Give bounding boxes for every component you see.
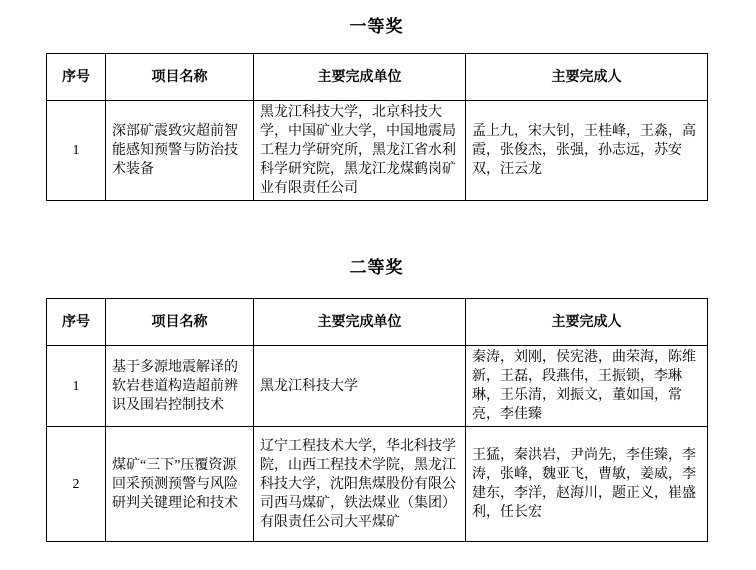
section-title-first-prize: 一等奖 (46, 12, 707, 37)
award-section-first-prize: 一等奖 序号 项目名称 主要完成单位 主要完成人 1 深部矿震致灾超前智能感知预… (46, 12, 707, 201)
cell-project: 煤矿“三下”压覆资源回采预测预警与风险研判关键理论和技术 (106, 427, 254, 542)
cell-index: 1 (47, 346, 106, 427)
column-header-index: 序号 (47, 54, 106, 101)
table-header-row: 序号 项目名称 主要完成单位 主要完成人 (47, 54, 708, 101)
cell-project: 深部矿震致灾超前智能感知预警与防治技术装备 (106, 101, 254, 201)
column-header-people: 主要完成人 (466, 54, 708, 101)
first-prize-table: 序号 项目名称 主要完成单位 主要完成人 1 深部矿震致灾超前智能感知预警与防治… (46, 53, 708, 201)
cell-units: 黑龙江科技大学 (254, 346, 466, 427)
cell-people: 秦涛，刘刚，侯宪港，曲荣海，陈维新，王磊，段燕伟，王振锁，李琳琳，王乐清，刘振文… (466, 346, 708, 427)
table-row: 1 深部矿震致灾超前智能感知预警与防治技术装备 黑龙江科技大学，北京科技大学，中… (47, 101, 708, 201)
table-row: 1 基于多源地震解译的软岩巷道构造超前辨识及围岩控制技术 黑龙江科技大学 秦涛，… (47, 346, 708, 427)
cell-index: 1 (47, 101, 106, 201)
column-header-units: 主要完成单位 (254, 299, 466, 346)
page: { "sections": [ { "title": "一等奖", "colum… (0, 0, 756, 570)
cell-people: 王猛，秦洪岩，尹尚先，李佳臻，李涛，张峰，魏亚飞，曹敏，姜威，李建东，李洋，赵海… (466, 427, 708, 542)
column-header-units: 主要完成单位 (254, 54, 466, 101)
cell-units: 黑龙江科技大学，北京科技大学，中国矿业大学，中国地震局工程力学研究所，黑龙江省水… (254, 101, 466, 201)
cell-units: 辽宁工程技术大学，华北科技学院，山西工程技术学院，黑龙江科技大学，沈阳焦煤股份有… (254, 427, 466, 542)
section-title-second-prize: 二等奖 (46, 253, 707, 278)
award-section-second-prize: 二等奖 序号 项目名称 主要完成单位 主要完成人 1 基于多源地震解译的软岩巷道… (46, 253, 707, 542)
column-header-project: 项目名称 (106, 54, 254, 101)
table-header-row: 序号 项目名称 主要完成单位 主要完成人 (47, 299, 708, 346)
cell-project: 基于多源地震解译的软岩巷道构造超前辨识及围岩控制技术 (106, 346, 254, 427)
column-header-project: 项目名称 (106, 299, 254, 346)
cell-index: 2 (47, 427, 106, 542)
document-page: 一等奖 序号 项目名称 主要完成单位 主要完成人 1 深部矿震致灾超前智能感知预… (0, 0, 756, 542)
cell-people: 孟上九，宋大钊，王桂峰，王淼，高霞，张俊杰，张强，孙志远，苏安双，汪云龙 (466, 101, 708, 201)
second-prize-table: 序号 项目名称 主要完成单位 主要完成人 1 基于多源地震解译的软岩巷道构造超前… (46, 298, 708, 542)
column-header-index: 序号 (47, 299, 106, 346)
column-header-people: 主要完成人 (466, 299, 708, 346)
table-row: 2 煤矿“三下”压覆资源回采预测预警与风险研判关键理论和技术 辽宁工程技术大学，… (47, 427, 708, 542)
